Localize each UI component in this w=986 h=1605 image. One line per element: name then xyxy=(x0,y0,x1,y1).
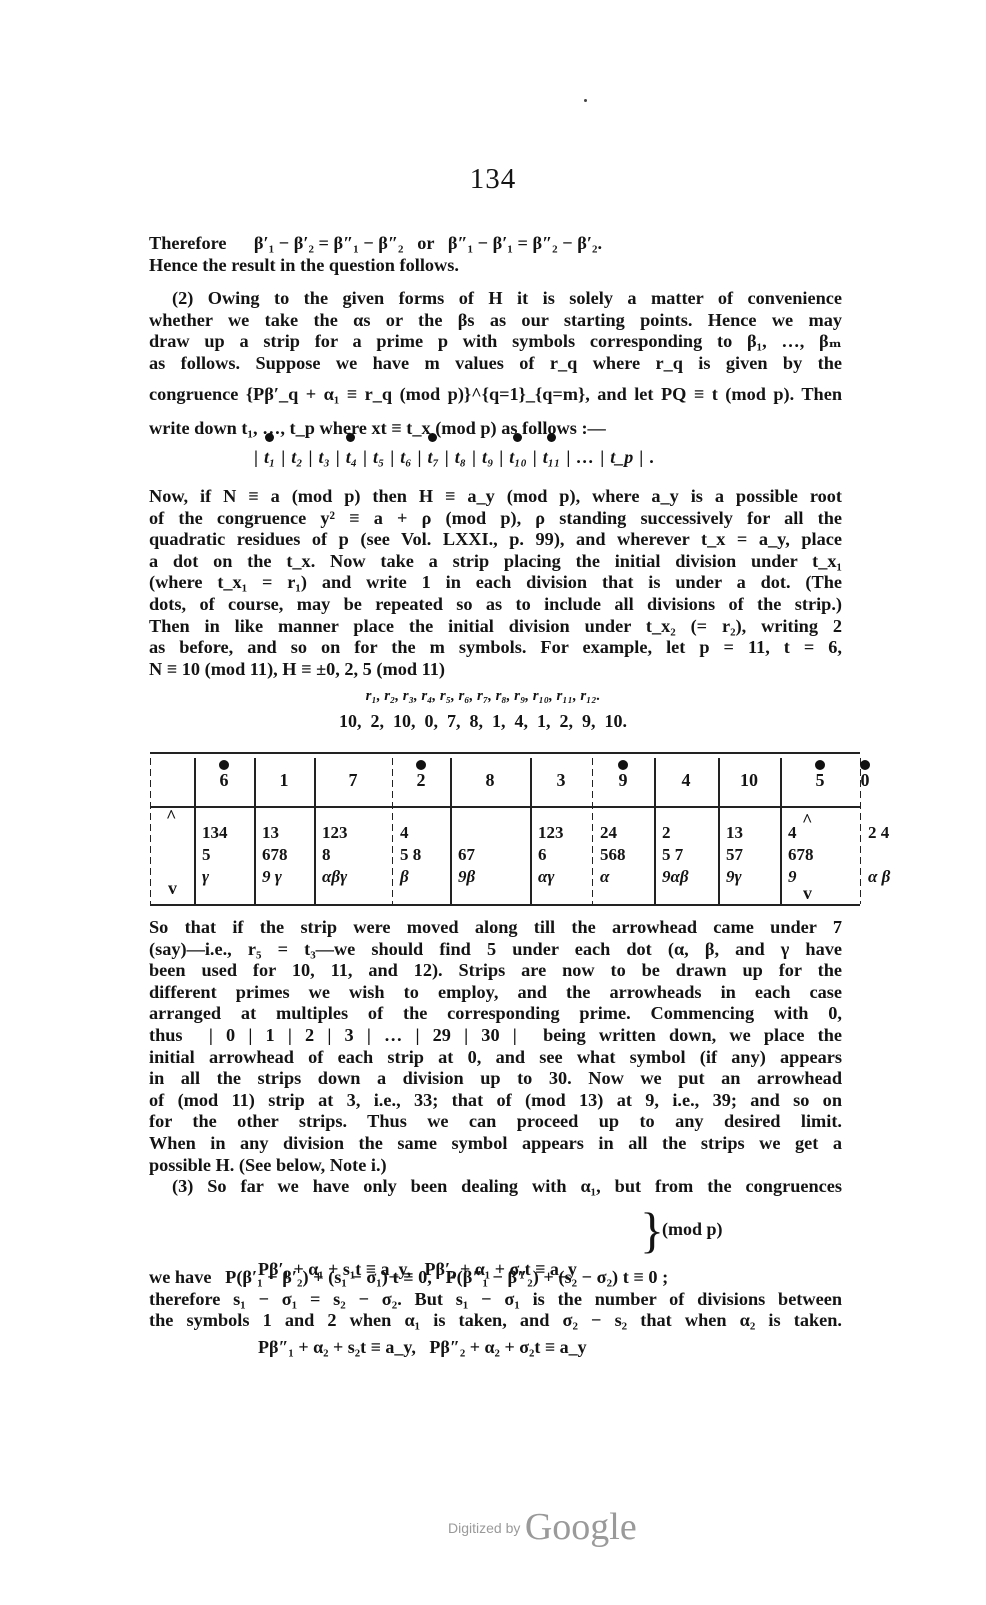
congruence-eq-2: Pβ″₁ + α₂ + s₂t ≡ a_y, Pβ″₂ + α₂ + σ₂t ≡… xyxy=(258,1334,587,1360)
text-line: in all the strips down a division up to … xyxy=(149,1068,842,1090)
arrowhead-up-left: ^ xyxy=(166,806,176,827)
text-line: Now, if N ≡ a (mod p) then H ≡ a_y (mod … xyxy=(149,486,842,508)
header-value: 7 xyxy=(349,770,358,790)
header-value: 3 xyxy=(557,770,566,790)
strip-header-cell: 9 xyxy=(592,760,654,791)
text-line: been used for 10, 11, and 12). Strips ar… xyxy=(149,960,842,982)
t-cell: t₃ xyxy=(318,447,329,468)
cell-entry: 123 xyxy=(538,822,586,844)
cell-entry: γ xyxy=(202,866,248,888)
dot-marker xyxy=(485,760,495,770)
strip-divider: | xyxy=(384,447,400,467)
header-value: 8 xyxy=(486,770,495,790)
text-line: as before, and so on for the m symbols. … xyxy=(149,637,842,659)
text-line: So that if the strip were moved along ti… xyxy=(149,917,842,939)
strip-header-cell: 0 xyxy=(860,760,870,791)
google-logo-text: Google xyxy=(525,1506,637,1548)
cell-entry: 67 xyxy=(458,844,524,866)
congruence-line: congruence {Pβ′_q + α₁ ≡ r_q (mod p)}^{q… xyxy=(149,384,842,406)
cell-entry: 9 xyxy=(788,866,854,888)
cell-entry: 57 xyxy=(726,844,774,866)
t-label: t₂ xyxy=(291,447,302,467)
cell-entry: 13 xyxy=(262,822,308,844)
table-top-rule xyxy=(150,752,860,754)
strip-header-cell: 4 xyxy=(654,760,718,791)
text-line: a dot on the t_x. Now take a strip placi… xyxy=(149,551,842,573)
cell-entry: 13 xyxy=(726,822,774,844)
strip-body-cell: 46789 xyxy=(788,822,854,888)
strip-header-cell: 7 xyxy=(314,760,392,791)
strip-divider: | xyxy=(633,447,649,467)
t-cell: t₄ xyxy=(346,447,357,468)
text-line: (2) Owing to the given forms of H it is … xyxy=(149,288,842,310)
strip-body-cell: 679β xyxy=(458,822,524,888)
cell-entry xyxy=(458,822,524,844)
cell-entry: 568 xyxy=(600,844,648,866)
t-cell: t₅ xyxy=(373,447,384,468)
cell-entry: 9γ xyxy=(726,866,774,888)
header-value: 0 xyxy=(861,770,870,790)
strip-divider: | xyxy=(466,447,482,467)
dot-marker xyxy=(219,760,229,770)
text-line: (3) So far we have only been dealing wit… xyxy=(149,1176,842,1198)
cell-entry: αγ xyxy=(538,866,586,888)
cell-entry: 4 xyxy=(788,822,854,844)
digitized-by-google-watermark: Digitized by Google xyxy=(448,1505,637,1549)
strip-body-cell: 1345γ xyxy=(202,822,248,888)
strip-divider: | xyxy=(439,447,455,467)
table-bottom-rule xyxy=(150,904,860,906)
text-line: (where t_x₁ = r₁) and write 1 in each di… xyxy=(149,572,842,594)
strip-body-cell: 136789 γ xyxy=(262,822,308,888)
brace: } xyxy=(640,1200,664,1260)
strip-body-cell: 2 4 α β xyxy=(868,822,890,888)
header-value: 5 xyxy=(816,770,825,790)
strip-body-cell: 1236αγ xyxy=(538,822,586,888)
dot-marker xyxy=(428,433,437,442)
strip-divider: | xyxy=(493,447,509,467)
dot-marker xyxy=(681,760,691,770)
header-value: 2 xyxy=(417,770,426,790)
dot-marker xyxy=(860,760,870,770)
dot-marker xyxy=(744,760,754,770)
dot-marker xyxy=(513,433,522,442)
t-label: t₉ xyxy=(482,447,493,467)
cell-entry: 2 xyxy=(662,822,712,844)
text-line: arranged at multiples of the correspondi… xyxy=(149,1003,842,1025)
strip-divider: | xyxy=(330,447,346,467)
cell-entry: 5 8 xyxy=(400,844,444,866)
strip-body-cell: 24568α xyxy=(600,822,648,888)
cell-entry: αβγ xyxy=(322,866,386,888)
strip-body-cell: 25 79αβ xyxy=(662,822,712,888)
t-label: t₃ xyxy=(318,447,329,467)
text-line: draw up a strip for a prime p with symbo… xyxy=(149,331,842,353)
t-label: t₄ xyxy=(346,447,357,467)
text-line: Hence the result in the question follows… xyxy=(149,255,842,277)
text-line: thus | 0 | 1 | 2 | 3 | … | 29 | 30 | bei… xyxy=(149,1025,842,1047)
strip-header-cell: 3 xyxy=(530,760,592,791)
cell-entry: 678 xyxy=(788,844,854,866)
strip-divider: | xyxy=(412,447,428,467)
paragraph-5: we have P(β′₁ − β′₂) + (s₁ − σ₁) t ≡ 0, … xyxy=(149,1267,842,1332)
cell-entry xyxy=(868,844,890,866)
t-strip: |t₁|t₂|t₃|t₄|t₅|t₆|t₇|t₈|t₉|t₁₀|t₁₁|…|t_… xyxy=(248,447,654,468)
strip-body-cell: 13579γ xyxy=(726,822,774,888)
t-cell: t₇ xyxy=(427,447,438,468)
arrowhead-down-left: v xyxy=(168,878,177,899)
strip-divider: | xyxy=(527,447,543,467)
text-line: dots, of course, may be repeated so as t… xyxy=(149,594,842,616)
text-line: possible H. (See below, Note i.) xyxy=(149,1155,842,1177)
cell-entry: 134 xyxy=(202,822,248,844)
page-number: 134 xyxy=(0,163,986,196)
t-cell: t₁ xyxy=(264,447,275,468)
header-value: 9 xyxy=(619,770,628,790)
cell-entry: 2 4 xyxy=(868,822,890,844)
cell-entry: 8 xyxy=(322,844,386,866)
header-value: 4 xyxy=(682,770,691,790)
dot-marker xyxy=(547,433,556,442)
equation-therefore: Therefore β′₁ − β′₂ = β″₁ − β″₂ or β″₁ −… xyxy=(149,233,842,255)
text-line: different primes we wish to employ, and … xyxy=(149,982,842,1004)
text-line: (say)—i.e., r₅ = t₃—we should find 5 und… xyxy=(149,939,842,961)
strip-divider: | xyxy=(357,447,373,467)
text-line: as follows. Suppose we have m values of … xyxy=(149,353,842,375)
t-cell: t₁₀ xyxy=(509,447,527,468)
t-label: t₇ xyxy=(427,447,438,467)
strip-divider: | xyxy=(275,447,291,467)
text-line: quadratic residues of p (see Vol. LXXI.,… xyxy=(149,529,842,551)
r-labels: r₁, r₂, r₃, r₄, r₅, r₆, r₇, r₈, r₉, r₁₀,… xyxy=(0,688,976,705)
text-line: write down t₁, …, t_p where xt ≡ t_x (mo… xyxy=(149,418,842,440)
text-line: whether we take the αs or the βs as our … xyxy=(149,310,842,332)
cell-entry: 24 xyxy=(600,822,648,844)
dot-marker xyxy=(618,760,628,770)
cell-entry: α β xyxy=(868,866,890,888)
t-cell: … xyxy=(576,447,594,468)
t-cell: t_p xyxy=(610,447,633,468)
strip-body-cell: 1238αβγ xyxy=(322,822,386,888)
strip-header-cell: 10 xyxy=(718,760,780,791)
text-line: we have P(β′₁ − β′₂) + (s₁ − σ₁) t ≡ 0, … xyxy=(149,1267,842,1289)
text-line: of the congruence y² ≡ a + ρ (mod p), ρ … xyxy=(149,508,842,530)
t-cell: t₂ xyxy=(291,447,302,468)
t-label: t₁₁ xyxy=(543,447,561,467)
cell-entry: 678 xyxy=(262,844,308,866)
t-cell: t₆ xyxy=(400,447,411,468)
strip-table: ^ v ^ v 61345γ1136789 γ71238αβγ245 8β8 6… xyxy=(150,752,860,906)
t-label: t₁₀ xyxy=(509,447,527,467)
cell-entry: 5 xyxy=(202,844,248,866)
cell-entry: 5 7 xyxy=(662,844,712,866)
cell-entry: 4 xyxy=(400,822,444,844)
cell-entry: 123 xyxy=(322,822,386,844)
footer-prefix: Digitized by xyxy=(448,1520,520,1536)
text-line: Then in like manner place the initial di… xyxy=(149,616,842,638)
header-value: 1 xyxy=(280,770,289,790)
header-value: 10 xyxy=(740,770,758,790)
text-line: therefore s₁ − σ₁ = s₂ − σ₂. But s₁ − σ₁… xyxy=(149,1289,842,1311)
text-line: N ≡ 10 (mod 11), H ≡ ±0, 2, 5 (mod 11) xyxy=(149,659,842,681)
cell-entry: 6 xyxy=(538,844,586,866)
t-label: t₁ xyxy=(264,447,275,467)
t-cell: t₈ xyxy=(455,447,466,468)
dot-marker xyxy=(416,760,426,770)
strip-body-cell: 45 8β xyxy=(400,822,444,888)
dot-marker xyxy=(815,760,825,770)
t-label: t₅ xyxy=(373,447,384,467)
r-values: 10, 2, 10, 0, 7, 8, 1, 4, 1, 2, 9, 10. xyxy=(0,711,976,732)
column-divider xyxy=(150,758,151,904)
t-cell: t₉ xyxy=(482,447,493,468)
strip-divider: | xyxy=(594,447,610,467)
dot-marker xyxy=(556,760,566,770)
t-cell: t₁₁ xyxy=(543,447,561,468)
strip-divider: | xyxy=(303,447,319,467)
cell-entry: 9 γ xyxy=(262,866,308,888)
text-line: for the other strips. Thus we can procee… xyxy=(149,1111,842,1133)
t-label: t₆ xyxy=(400,447,411,467)
strip-header-cell: 8 xyxy=(450,760,530,791)
text-line: of (mod 11) strip at 3, i.e., 33; that o… xyxy=(149,1090,842,1112)
strip-header-cell: 2 xyxy=(392,760,450,791)
cell-entry: β xyxy=(400,866,444,888)
strip-header-cell: 1 xyxy=(254,760,314,791)
mod-p-label: (mod p) xyxy=(662,1219,723,1240)
strip-divider: | xyxy=(248,447,264,467)
text-line: When in any division the same symbol app… xyxy=(149,1133,842,1155)
paragraph-4: So that if the strip were moved along ti… xyxy=(149,917,842,1198)
dot-marker xyxy=(348,760,358,770)
cell-entry: 9αβ xyxy=(662,866,712,888)
t-label: t₈ xyxy=(455,447,466,467)
cell-entry: 9β xyxy=(458,866,524,888)
dot-marker xyxy=(346,433,355,442)
text-line: initial arrowhead of each strip at 0, an… xyxy=(149,1047,842,1069)
t-label: … xyxy=(576,447,594,467)
strip-divider: | xyxy=(560,447,576,467)
scan-speck xyxy=(584,99,587,102)
t-label: t_p xyxy=(610,447,633,467)
paragraph-3: Now, if N ≡ a (mod p) then H ≡ a_y (mod … xyxy=(149,486,842,680)
table-mid-rule xyxy=(150,806,860,808)
cell-entry: α xyxy=(600,866,648,888)
dot-marker xyxy=(279,760,289,770)
text-line: the symbols 1 and 2 when α₁ is taken, an… xyxy=(149,1310,842,1332)
header-value: 6 xyxy=(220,770,229,790)
paragraph-therefore: Therefore β′₁ − β′₂ = β″₁ − β″₂ or β″₁ −… xyxy=(149,233,842,276)
strip-header-cell: 6 xyxy=(194,760,254,791)
paragraph-2: (2) Owing to the given forms of H it is … xyxy=(149,288,842,440)
dot-marker xyxy=(265,433,274,442)
strip-header-cell: 5 xyxy=(780,760,860,791)
